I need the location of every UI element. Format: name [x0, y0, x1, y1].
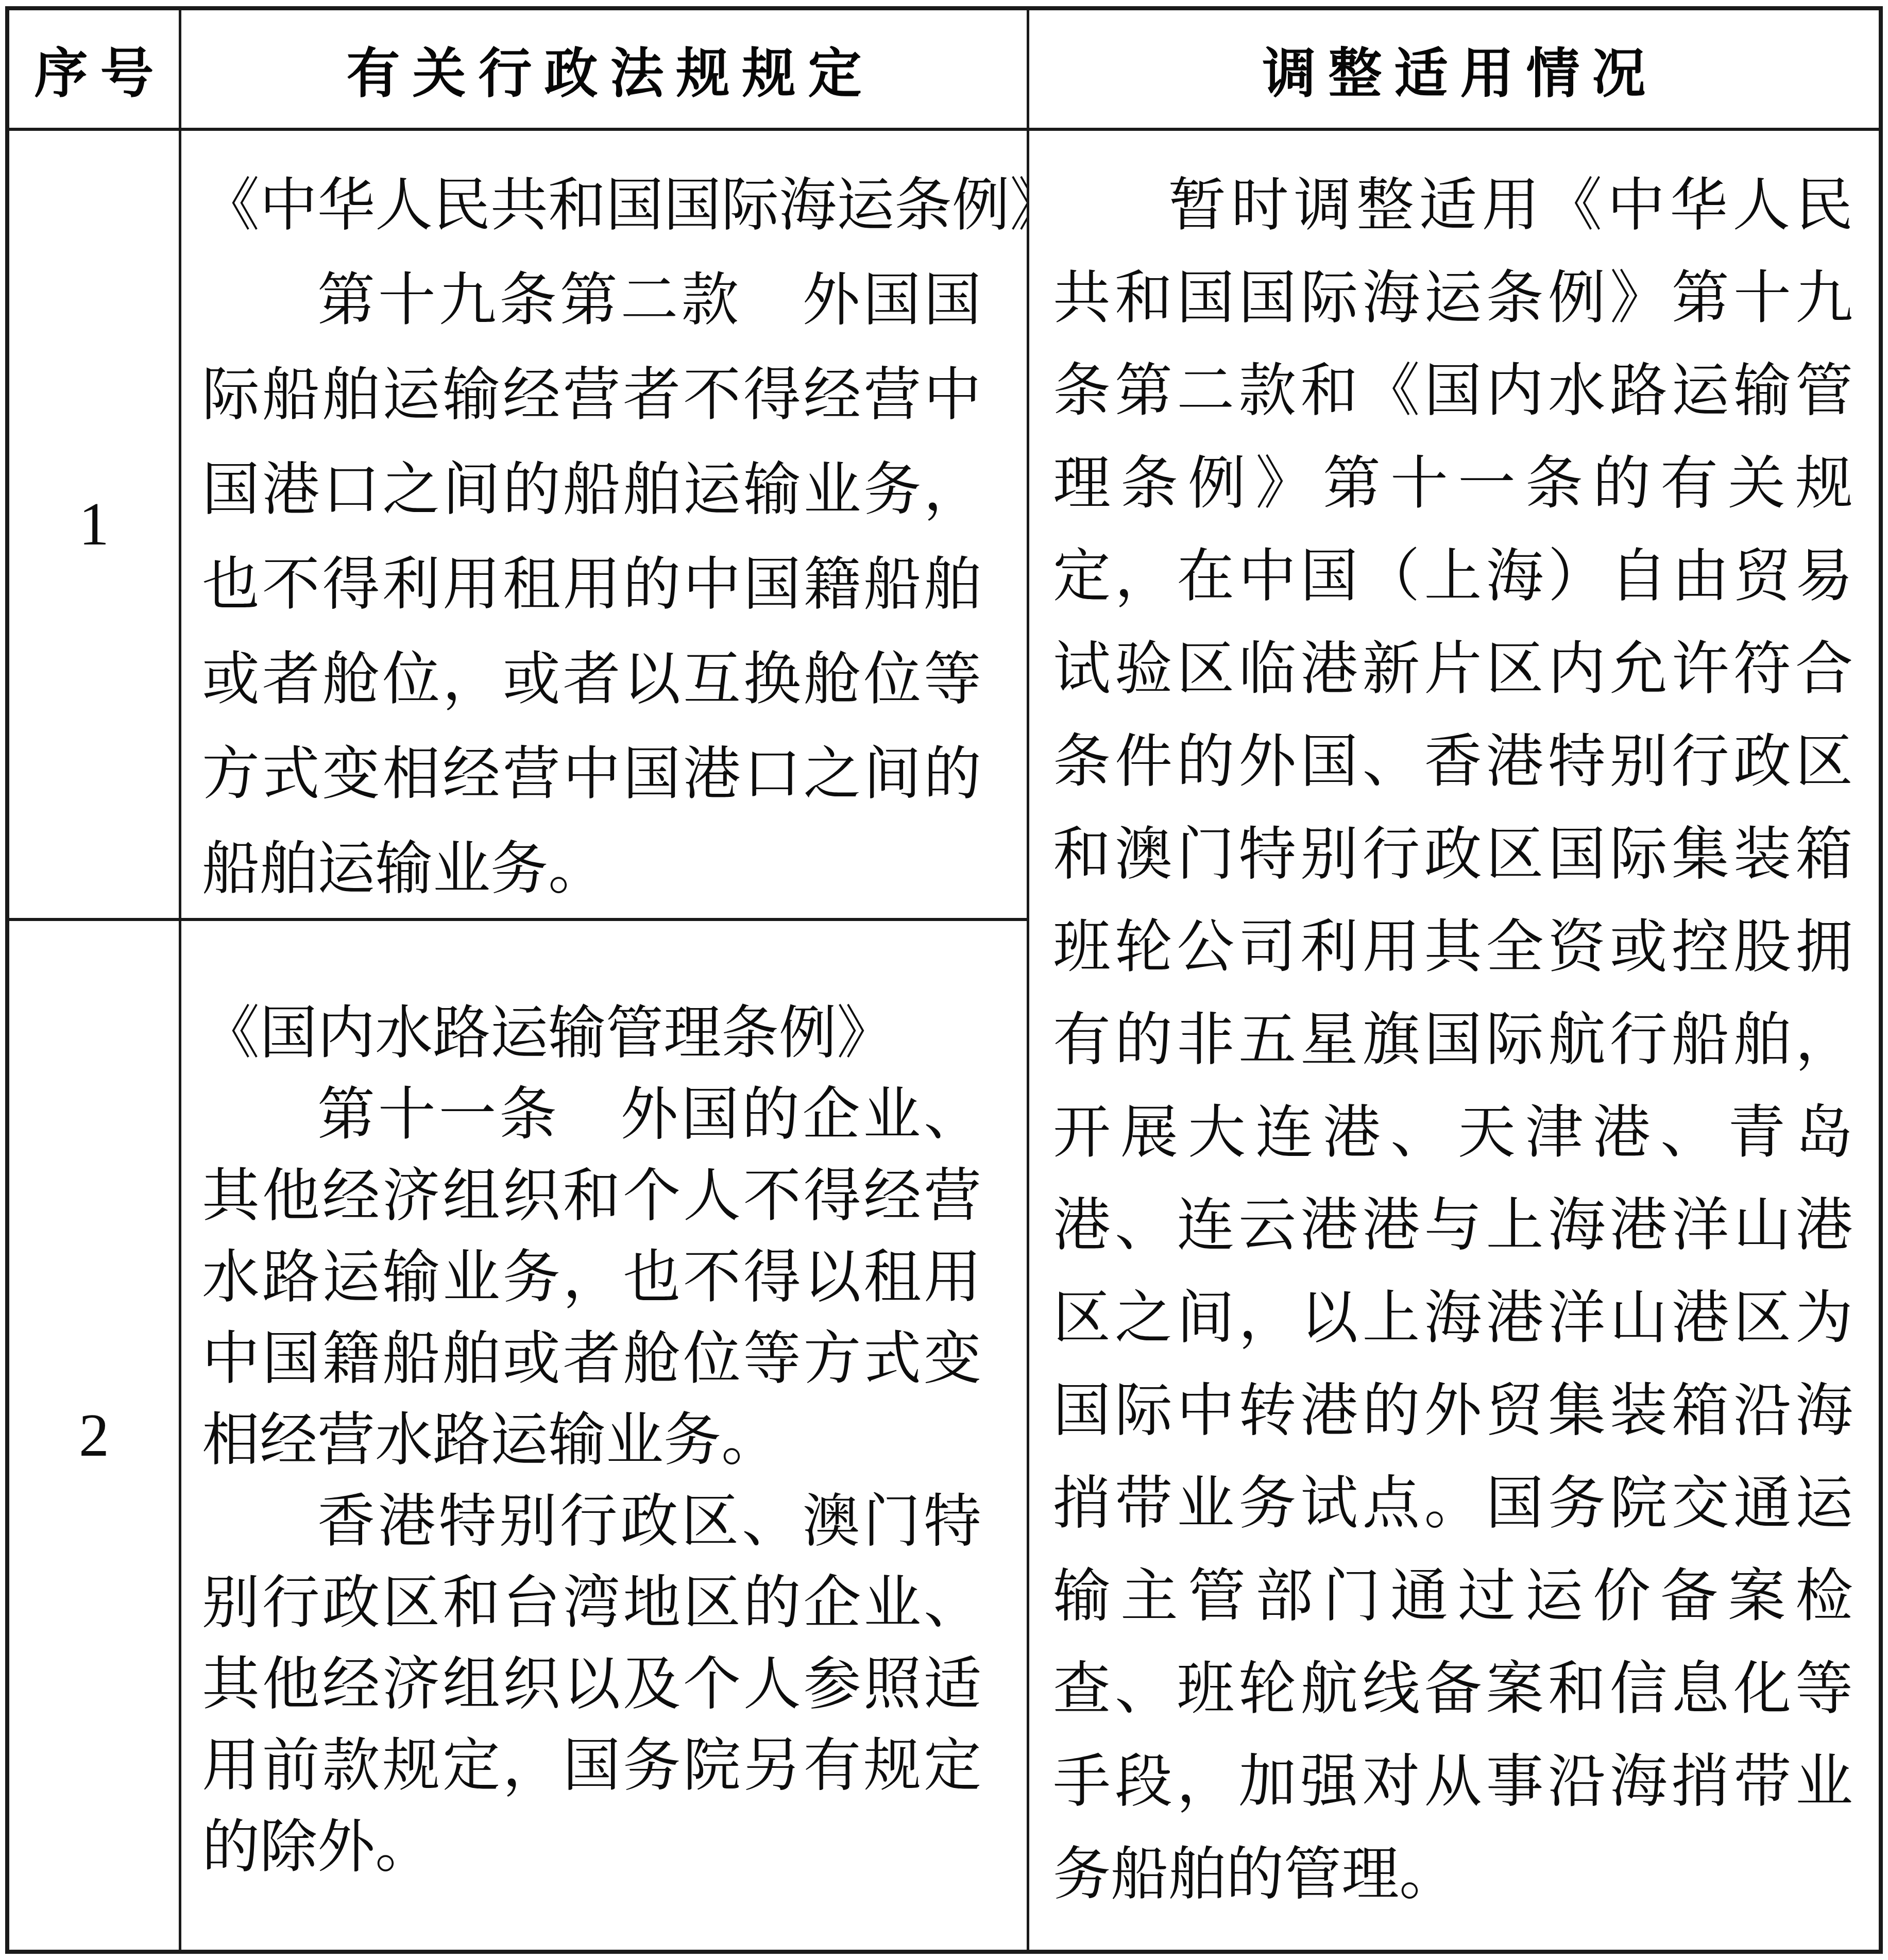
paragraph: 第十九条第二款 外国国际船舶运输经营者不得经营中国港口之间的船舶运输业务，也不得… — [202, 253, 981, 917]
regulation-adjustment-table: 序号 有关行政法规规定 调整适用情况 1 《中华人民共和国国际海运条例》第十九条… — [5, 6, 1883, 1954]
paragraph: 香港特别行政区、澳门特别行政区和台湾地区的企业、其他经济组织以及个人参照适用前款… — [202, 1481, 981, 1888]
paragraph: 《国内水路运输管理条例》 — [202, 993, 981, 1075]
table-row-1-regulation-cell: 《中华人民共和国国际海运条例》第十九条第二款 外国国际船舶运输经营者不得经营中国… — [181, 131, 1029, 921]
paragraph: 暂时调整适用《中华人民共和国国际海运条例》第十九条第二款和《国内水路运输管理条例… — [1053, 160, 1853, 1921]
header-regulation: 有关行政法规规定 — [181, 10, 1029, 131]
header-serial-number-label: 序号 — [22, 30, 166, 108]
table-row-1-serial-cell: 1 — [9, 131, 181, 921]
header-adjustment: 调整适用情况 — [1029, 10, 1879, 131]
serial-number-1: 1 — [79, 489, 109, 559]
header-regulation-label: 有关行政法规规定 — [334, 30, 874, 108]
serial-number-2: 2 — [79, 1401, 109, 1471]
paragraph: 《中华人民共和国国际海运条例》 — [202, 159, 981, 253]
adjustment-merged-cell: 暂时调整适用《中华人民共和国国际海运条例》第十九条第二款和《国内水路运输管理条例… — [1029, 131, 1879, 1950]
header-adjustment-label: 调整适用情况 — [1250, 30, 1658, 108]
table-row-2-serial-cell: 2 — [9, 921, 181, 1950]
paragraph: 第十一条 外国的企业、其他经济组织和个人不得经营水路运输业务，也不得以租用中国籍… — [202, 1075, 981, 1481]
table-row-2-regulation-cell: 《国内水路运输管理条例》第十一条 外国的企业、其他经济组织和个人不得经营水路运输… — [181, 921, 1029, 1950]
header-serial-number: 序号 — [9, 10, 181, 131]
